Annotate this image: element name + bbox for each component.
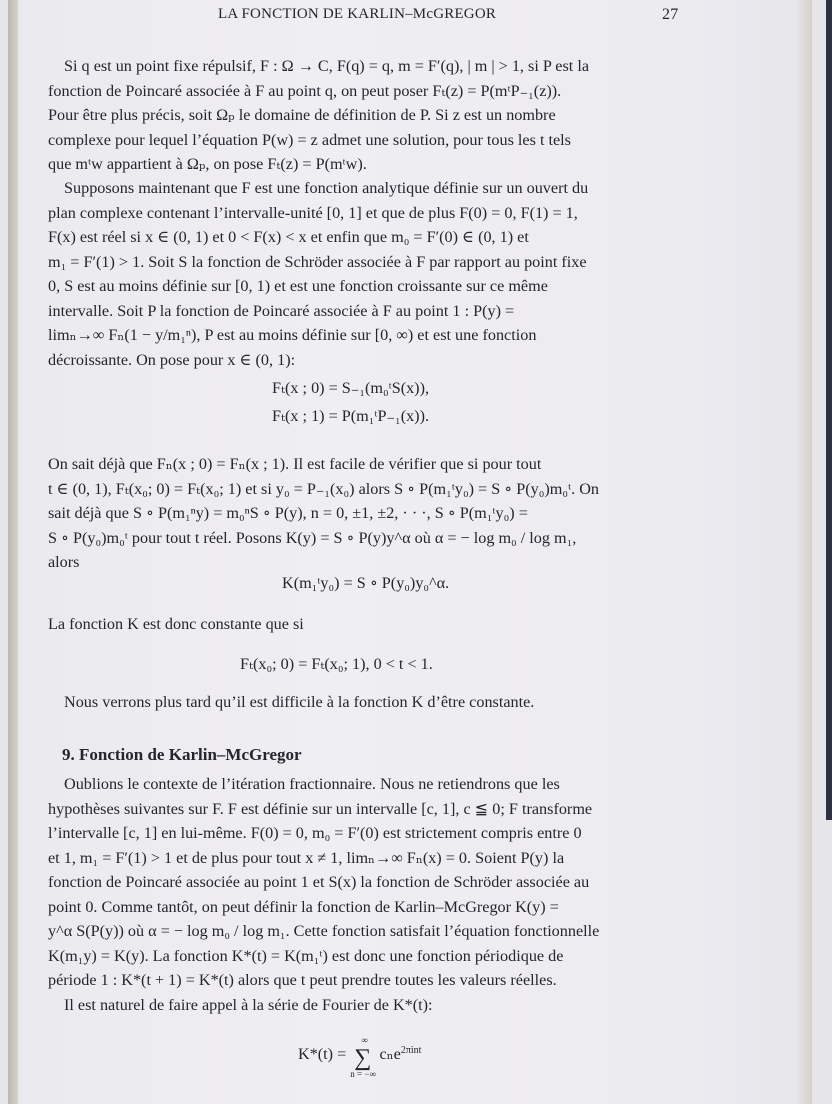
text-line: Supposons maintenant que F est une fonct… xyxy=(48,176,703,201)
text-line: sait déjà que S ∘ P(m₁ⁿy) = m₀ⁿS ∘ P(y),… xyxy=(48,501,703,526)
text-line: point 0. Comme tantôt, on peut définir l… xyxy=(48,895,703,920)
sum-lower-limit: n = −∞ xyxy=(350,1069,376,1079)
text-line: l’intervalle [c, 1] en lui-même. F(0) = … xyxy=(48,821,703,846)
equation-term: cₙe xyxy=(379,1045,400,1063)
section-title: Fonction de Karlin–McGregor xyxy=(79,745,302,764)
paragraph-5: Nous verrons plus tard qu’il est diffici… xyxy=(64,690,719,715)
paragraph-3: On sait déjà que Fₙ(x ; 0) = Fₙ(x ; 1). … xyxy=(48,452,703,575)
text-line: décroissante. On pose pour x ∈ (0, 1): xyxy=(48,348,703,373)
text-line: S ∘ P(y₀)m₀ᵗ pour tout t réel. Posons K(… xyxy=(48,526,703,551)
sum-upper-limit: ∞ xyxy=(361,1035,367,1045)
text-line: y^α S(P(y)) où α = − log m₀ / log m₁. Ce… xyxy=(48,919,703,944)
page-number: 27 xyxy=(662,6,678,24)
equation-line: Fₜ(x ; 1) = P(m₁ᵗP₋₁(x)). xyxy=(272,406,429,426)
text-line: plan complexe contenant l’intervalle-uni… xyxy=(48,201,703,226)
text-line: t ∈ (0, 1), Fₜ(x₀; 0) = Fₜ(x₀; 1) et si … xyxy=(48,477,703,502)
page-edge xyxy=(798,0,812,1104)
paragraph-1: Si q est un point fixe répulsif, F : Ω →… xyxy=(48,54,703,177)
equation-line: K(m₁ᵗy₀) = S ∘ P(y₀)y₀^α. xyxy=(282,573,449,593)
text-line: fonction de Poincaré associée au point 1… xyxy=(48,870,703,895)
text-line: et 1, m₁ = F′(1) > 1 et de plus pour tou… xyxy=(48,846,703,871)
text-line: complexe pour lequel l’équation P(w) = z… xyxy=(48,128,703,153)
equation-exponent: 2πint xyxy=(401,1045,422,1056)
text-line: 0, S est au moins définie sur [0, 1) et … xyxy=(48,274,703,299)
section-heading: 9. Fonction de Karlin–McGregor xyxy=(62,745,302,765)
text-line: fonction de Poincaré associée à F au poi… xyxy=(48,79,703,104)
text-line: période 1 : K*(t + 1) = K*(t) alors que … xyxy=(48,968,703,993)
text-line: Oublions le contexte de l’itération frac… xyxy=(48,772,703,797)
text-line: hypothèses suivantes sur F. F est défini… xyxy=(48,797,703,822)
equation-lhs: K*(t) = xyxy=(298,1045,346,1063)
summation-symbol: ∑∞n = −∞ xyxy=(354,1045,371,1072)
text-line: alors xyxy=(48,550,703,575)
text-line: limₙ→∞ Fₙ(1 − y/m₁ⁿ), P est au moins déf… xyxy=(48,323,703,348)
section-number: 9. xyxy=(62,745,75,764)
running-header: LA FONCTION DE KARLIN–McGREGOR 27 xyxy=(0,6,832,26)
text-line: Il est naturel de faire appel à la série… xyxy=(48,993,703,1018)
text-line: F(x) est réel si x ∈ (0, 1) et 0 < F(x) … xyxy=(48,225,703,250)
text-line: On sait déjà que Fₙ(x ; 0) = Fₙ(x ; 1). … xyxy=(48,452,703,477)
text-line: Si q est un point fixe répulsif, F : Ω →… xyxy=(48,54,703,79)
equation-line: Fₜ(x ; 0) = S₋₁(m₀ᵗS(x)), xyxy=(272,378,429,398)
paragraph-2: Supposons maintenant que F est une fonct… xyxy=(48,176,703,372)
page-gutter-shadow xyxy=(8,0,18,1104)
text-line: Nous verrons plus tard qu’il est diffici… xyxy=(64,690,719,715)
paragraph-6: Oublions le contexte de l’itération frac… xyxy=(48,772,703,1017)
text-line: intervalle. Soit P la fonction de Poinca… xyxy=(48,299,703,324)
text-line: La fonction K est donc constante que si xyxy=(48,612,703,637)
text-line: Pour être plus précis, soit Ωₚ le domain… xyxy=(48,103,703,128)
fourier-equation: K*(t) = ∑∞n = −∞ cₙe2πint xyxy=(298,1044,421,1072)
text-line: que mᵗw appartient à Ωₚ, on pose Fₜ(z) =… xyxy=(48,152,703,177)
running-title: LA FONCTION DE KARLIN–McGREGOR xyxy=(218,6,496,23)
equation-line: Fₜ(x₀; 0) = Fₜ(x₀; 1), 0 < t < 1. xyxy=(240,654,433,674)
text-line: K(m₁y) = K(y). La fonction K*(t) = K(m₁ᵗ… xyxy=(48,944,703,969)
background-edge xyxy=(826,0,832,820)
paragraph-4: La fonction K est donc constante que si xyxy=(48,612,703,637)
text-line: m₁ = F′(1) > 1. Soit S la fonction de Sc… xyxy=(48,250,703,275)
